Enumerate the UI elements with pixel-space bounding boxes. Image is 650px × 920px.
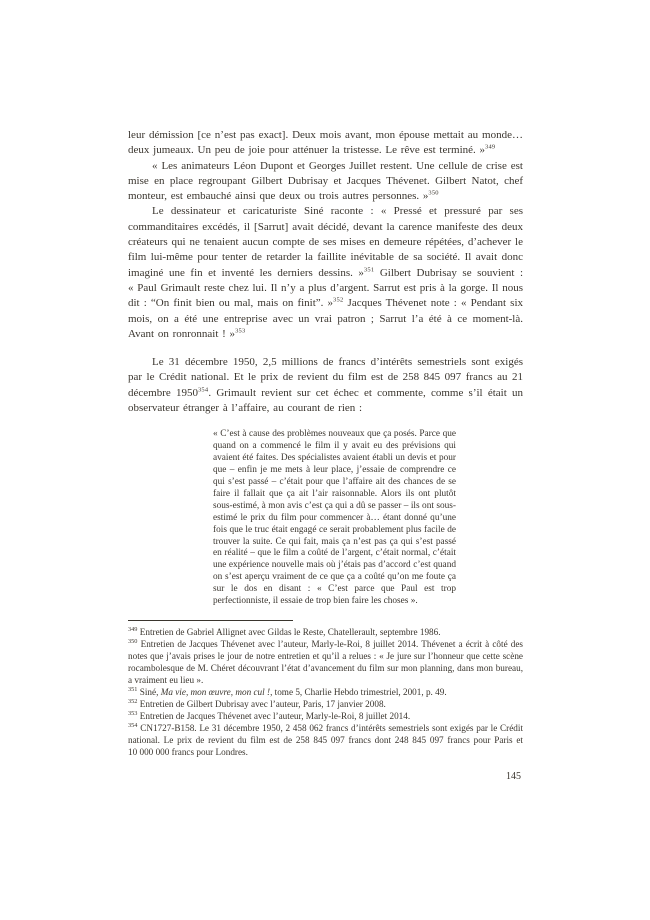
document-page: leur démission [ce n’est pas exact]. Deu… <box>0 0 650 920</box>
body-paragraph: Le dessinateur et caricaturiste Siné rac… <box>128 204 523 342</box>
footnote: 350 Entretien de Jacques Thévenet avec l… <box>128 638 523 686</box>
footnote: 354 CN1727-B158. Le 31 décembre 1950, 2 … <box>128 722 523 758</box>
footnote-ref: 352 <box>333 297 343 304</box>
footnote-ref: 349 <box>485 144 495 151</box>
body-paragraph: Le 31 décembre 1950, 2,5 millions de fra… <box>128 355 523 416</box>
footnote-number: 351 <box>128 686 137 693</box>
footnote-number: 354 <box>128 722 137 729</box>
footnote-ref: 351 <box>364 266 374 273</box>
footnote-number: 350 <box>128 638 137 645</box>
body-paragraph: « Les animateurs Léon Dupont et Georges … <box>128 159 523 205</box>
footnote: 353 Entretien de Jacques Thévenet avec l… <box>128 710 523 722</box>
footnote-number: 353 <box>128 710 137 717</box>
italic-title: Ma vie, mon œuvre, mon cul ! <box>161 687 270 697</box>
footnote-number: 352 <box>128 698 137 705</box>
footnote: 349 Entretien de Gabriel Allignet avec G… <box>128 626 523 638</box>
footnote: 352 Entretien de Gilbert Dubrisay avec l… <box>128 698 523 710</box>
footnote-ref: 354 <box>198 386 208 393</box>
page-number: 145 <box>128 771 523 782</box>
footnote: 351 Siné, Ma vie, mon œuvre, mon cul !, … <box>128 686 523 698</box>
footnote-separator <box>128 620 293 621</box>
footnote-ref: 353 <box>235 327 245 334</box>
body-paragraph: leur démission [ce n’est pas exact]. Deu… <box>128 128 523 159</box>
page-content: leur démission [ce n’est pas exact]. Deu… <box>128 128 523 782</box>
body-paragraphs: leur démission [ce n’est pas exact]. Deu… <box>128 128 523 416</box>
footnote-ref: 350 <box>428 190 438 197</box>
footnotes-list: 349 Entretien de Gabriel Allignet avec G… <box>128 626 523 758</box>
block-quote: « C’est à cause des problèmes nouveaux q… <box>213 429 456 608</box>
footnote-number: 349 <box>128 626 137 633</box>
